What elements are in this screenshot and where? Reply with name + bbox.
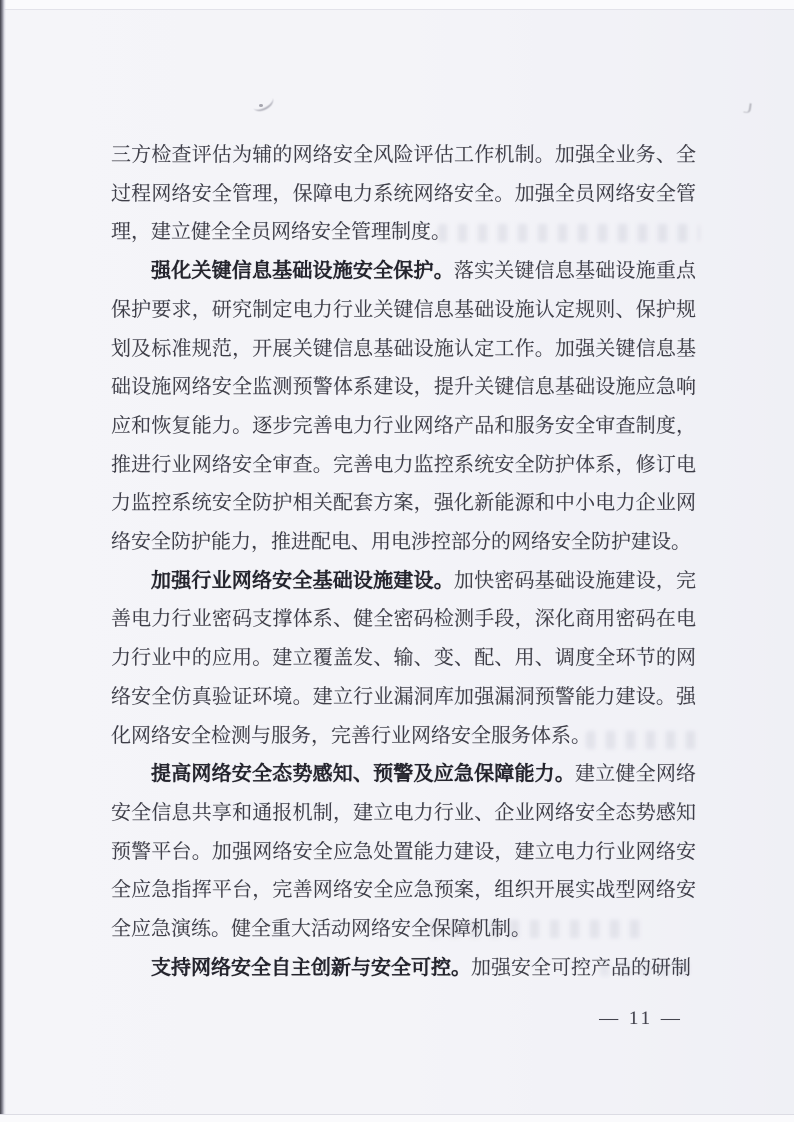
document-body: 三方检查评估为辅的网络安全风险评估工作机制。加强全业务、全过程网络安全管理，保障…: [111, 136, 696, 987]
paragraph-lead: 支持网络安全自主创新与安全可控。: [151, 957, 471, 979]
paragraph: 强化关键信息基础设施安全保护。落实关键信息基础设施重点保护要求，研究制定电力行业…: [111, 252, 696, 562]
paragraph: 加强行业网络安全基础设施建设。加快密码基础设施建设，完善电力行业密码支撑体系、健…: [111, 562, 696, 756]
pen-mark-artifact: [250, 92, 276, 115]
paragraph: 支持网络安全自主创新与安全可控。加强安全可控产品的研制: [111, 949, 696, 988]
paragraph-text: 加强安全可控产品的研制: [471, 957, 691, 979]
paragraph-text: 建立健全网络安全信息共享和通报机制，建立电力行业、企业网络安全态势感知预警平台。…: [111, 763, 696, 940]
scan-edge-left: [0, 0, 6, 1122]
paragraph-text: 三方检查评估为辅的网络安全风险评估工作机制。加强全业务、全过程网络安全管理，保障…: [111, 144, 696, 243]
paragraph-text: 加快密码基础设施建设，完善电力行业密码支撑体系、健全密码检测手段，深化商用密码在…: [111, 570, 696, 747]
paragraph-lead: 强化关键信息基础设施安全保护。: [151, 260, 454, 282]
scan-edge-bottom: [0, 1114, 794, 1122]
paragraph-text: 落实关键信息基础设施重点保护要求，研究制定电力行业关键信息基础设施认定规则、保护…: [111, 260, 696, 553]
scanned-page: 三方检查评估为辅的网络安全风险评估工作机制。加强全业务、全过程网络安全管理，保障…: [0, 0, 794, 1122]
scan-edge-top: [0, 0, 794, 10]
paragraph-continued: 三方检查评估为辅的网络安全风险评估工作机制。加强全业务、全过程网络安全管理，保障…: [111, 136, 696, 252]
paragraph-lead: 加强行业网络安全基础设施建设。: [151, 570, 454, 592]
paragraph-lead: 提高网络安全态势感知、预警及应急保障能力。: [151, 763, 575, 785]
ink-speck-artifact: [743, 103, 751, 114]
pen-dot-artifact: [259, 104, 263, 107]
paragraph: 提高网络安全态势感知、预警及应急保障能力。建立健全网络安全信息共享和通报机制，建…: [111, 755, 696, 949]
page-number: — 11 —: [586, 1008, 696, 1030]
